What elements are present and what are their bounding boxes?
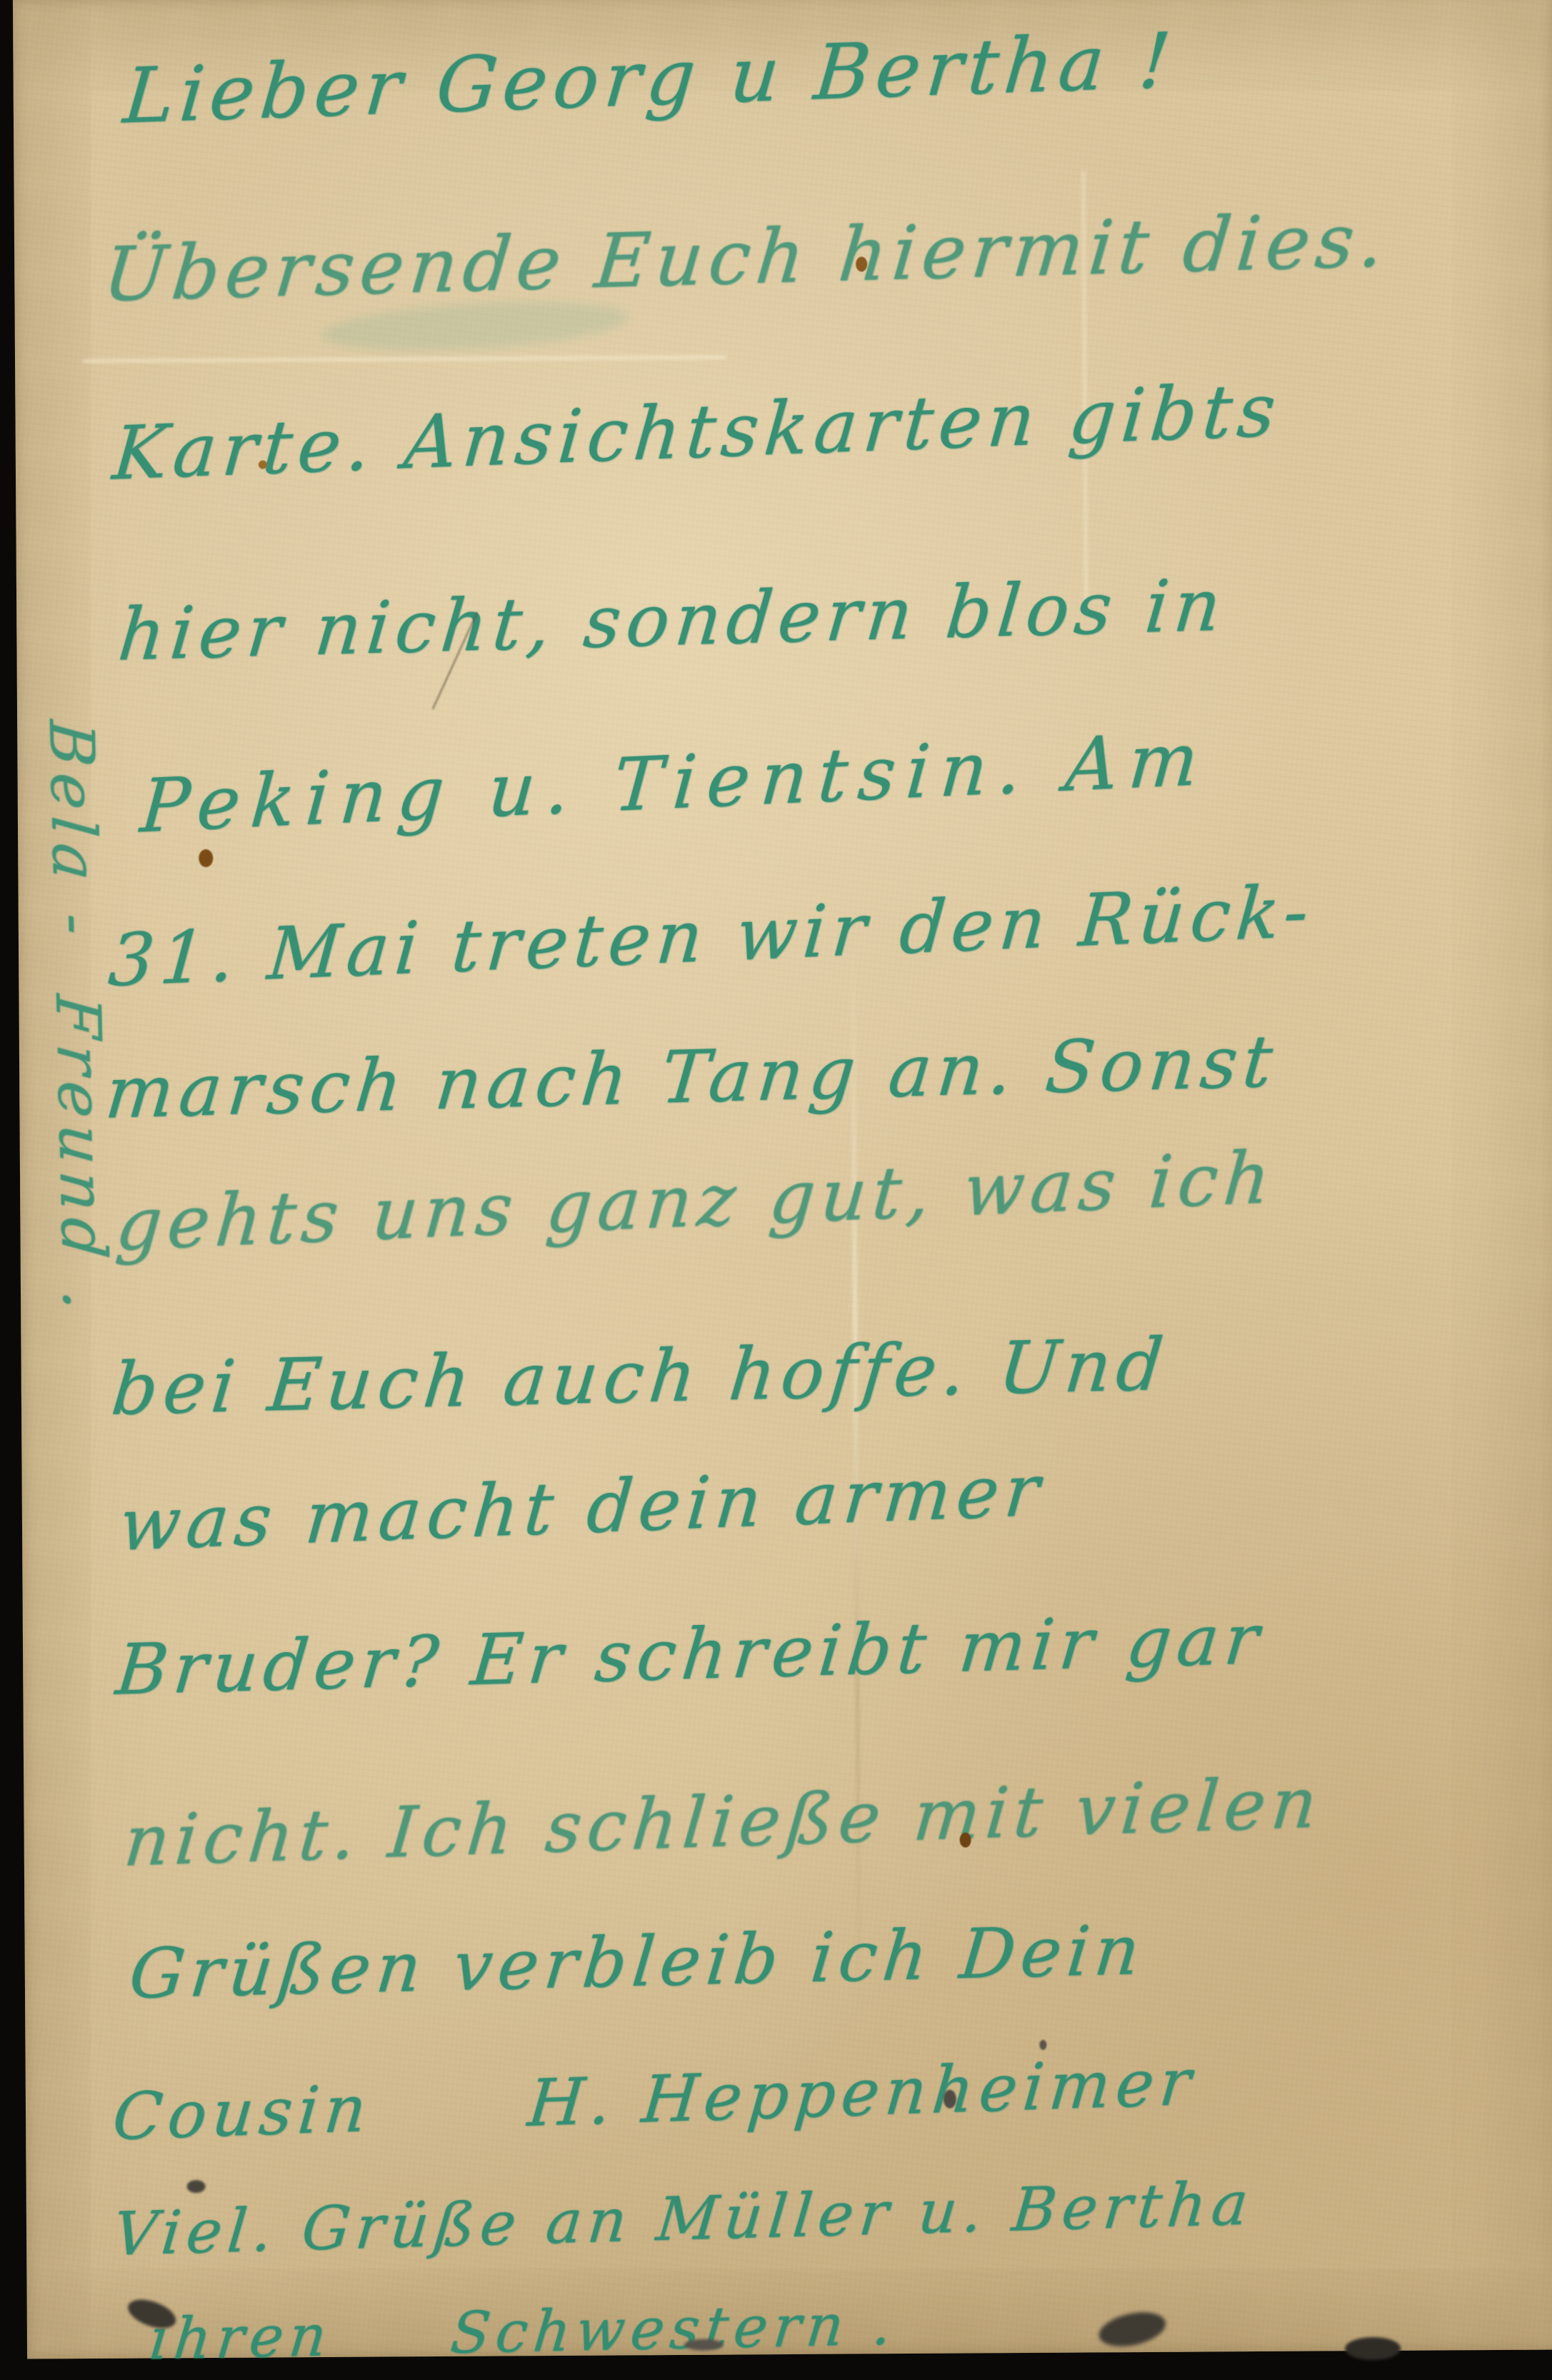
handwriting-line-signature: Cousin H. Heppenheimer [110, 2051, 1198, 2150]
ink-smudge [1096, 2306, 1168, 2351]
ink-smudge [1039, 2040, 1046, 2050]
handwriting-line: was macht dein armer [116, 1455, 1047, 1561]
handwriting-line-postscript: Viel. Grüße an Müller u. Bertha [111, 2173, 1256, 2264]
handwriting-line: hier nicht, sondern blos in [116, 570, 1230, 671]
scan-background: Lieber Georg u Bertha ! Übersende Euch h… [0, 0, 1552, 2380]
handwriting-line: 31. Mai treten wir den Rück- [106, 876, 1316, 997]
handwriting-line: Grüßen verbleib ich Dein [126, 1916, 1148, 2009]
handwriting-line: gehts uns ganz gut, was ich [114, 1142, 1278, 1261]
handwriting-line: Karte. Ansichtskarten gibts [110, 374, 1283, 491]
handwriting-line: nicht. Ich schließe mit vielen [121, 1768, 1326, 1876]
handwriting-line: Übersende Euch hiermit dies. [101, 203, 1393, 312]
horizontal-crease [83, 356, 726, 363]
postcard-paper: Lieber Georg u Bertha ! Übersende Euch h… [13, 0, 1552, 2359]
handwriting-line: Bruder? Er schreibt mir gar [114, 1604, 1268, 1706]
ink-smudge [187, 2180, 206, 2193]
stain-speck [199, 849, 213, 867]
handwriting-line-postscript: ihren Schwestern . [147, 2296, 900, 2368]
margin-note-vertical: Bela - Freund . [40, 719, 116, 1321]
ink-smudge [1345, 2337, 1401, 2360]
handwriting-line: marsch nach Tang an. Sonst [103, 1026, 1281, 1129]
handwriting-line: Peking u. Tientsin. Am [138, 724, 1211, 844]
handwriting-line-salutation: Lieber Georg u Bertha ! [121, 23, 1179, 135]
handwriting-line: bei Euch auch hoffe. Und [109, 1329, 1171, 1426]
